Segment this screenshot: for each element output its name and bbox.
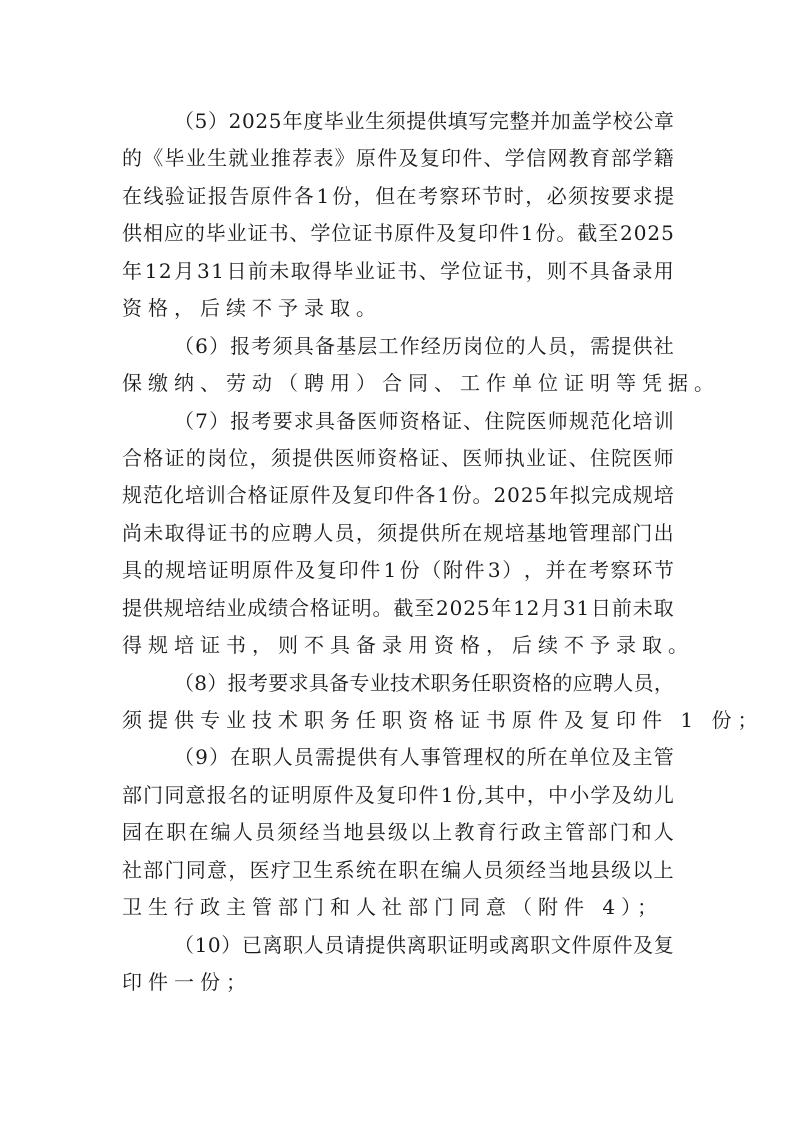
text-line: 年12月31日前未取得毕业证书、学位证书，则不具备录用 [122, 253, 674, 290]
document-page: （5）2025年度毕业生须提供填写完整并加盖学校公章 的《毕业生就业推荐表》原件… [0, 0, 793, 1122]
text-line: 保缴纳、劳动（聘用）合同、工作单位证明等凭据。 [122, 365, 674, 402]
text-line: 部门同意报名的证明原件及复印件1份,其中，中小学及幼儿 [122, 777, 674, 814]
text-line: 尚未取得证书的应聘人员，须提供所在规培基地管理部门出 [122, 515, 674, 552]
paragraph-item-5: （5）2025年度毕业生须提供填写完整并加盖学校公章 的《毕业生就业推荐表》原件… [122, 103, 674, 328]
text-line: 合格证的岗位，须提供医师资格证、医师执业证、住院医师 [122, 440, 674, 477]
paragraph-item-6: （6）报考须具备基层工作经历岗位的人员，需提供社 保缴纳、劳动（聘用）合同、工作… [122, 328, 674, 403]
paragraph-item-7: （7）报考要求具备医师资格证、住院医师规范化培训 合格证的岗位，须提供医师资格证… [122, 403, 674, 665]
text-line: 须提供专业技术职务任职资格证书原件及复印件 1 份； [122, 702, 674, 739]
document-body: （5）2025年度毕业生须提供填写完整并加盖学校公章 的《毕业生就业推荐表》原件… [122, 103, 674, 1002]
text-line: 提供规培结业成绩合格证明。截至2025年12月31日前未取 [122, 590, 674, 627]
text-line: （5）2025年度毕业生须提供填写完整并加盖学校公章 [122, 103, 674, 140]
text-line: 具的规培证明原件及复印件1份（附件3），并在考察环节 [122, 552, 674, 589]
text-line: （6）报考须具备基层工作经历岗位的人员，需提供社 [122, 328, 674, 365]
text-line: 社部门同意，医疗卫生系统在职在编人员须经当地县级以上 [122, 852, 674, 889]
paragraph-item-8: （8）报考要求具备专业技术职务任职资格的应聘人员， 须提供专业技术职务任职资格证… [122, 665, 674, 740]
text-line: （8）报考要求具备专业技术职务任职资格的应聘人员， [122, 665, 674, 702]
text-line: 供相应的毕业证书、学位证书原件及复印件1份。截至2025 [122, 215, 674, 252]
paragraph-item-10: （10）已离职人员请提供离职证明或离职文件原件及复 印件一份； [122, 927, 674, 1002]
text-line: 得规培证书，则不具备录用资格，后续不予录取。 [122, 627, 674, 664]
paragraph-item-9: （9）在职人员需提供有人事管理权的所在单位及主管 部门同意报名的证明原件及复印件… [122, 739, 674, 926]
text-line: 资格，后续不予录取。 [122, 290, 674, 327]
text-line: （10）已离职人员请提供离职证明或离职文件原件及复 [122, 927, 674, 964]
text-line: 卫生行政主管部门和人社部门同意（附件 4）； [122, 889, 674, 926]
text-line: （9）在职人员需提供有人事管理权的所在单位及主管 [122, 739, 674, 776]
text-line: 的《毕业生就业推荐表》原件及复印件、学信网教育部学籍 [122, 140, 674, 177]
text-line: 规范化培训合格证原件及复印件各1份。2025年拟完成规培 [122, 477, 674, 514]
text-line: （7）报考要求具备医师资格证、住院医师规范化培训 [122, 403, 674, 440]
text-line: 园在职在编人员须经当地县级以上教育行政主管部门和人 [122, 814, 674, 851]
text-line: 印件一份； [122, 964, 674, 1001]
text-line: 在线验证报告原件各1份，但在考察环节时，必须按要求提 [122, 178, 674, 215]
